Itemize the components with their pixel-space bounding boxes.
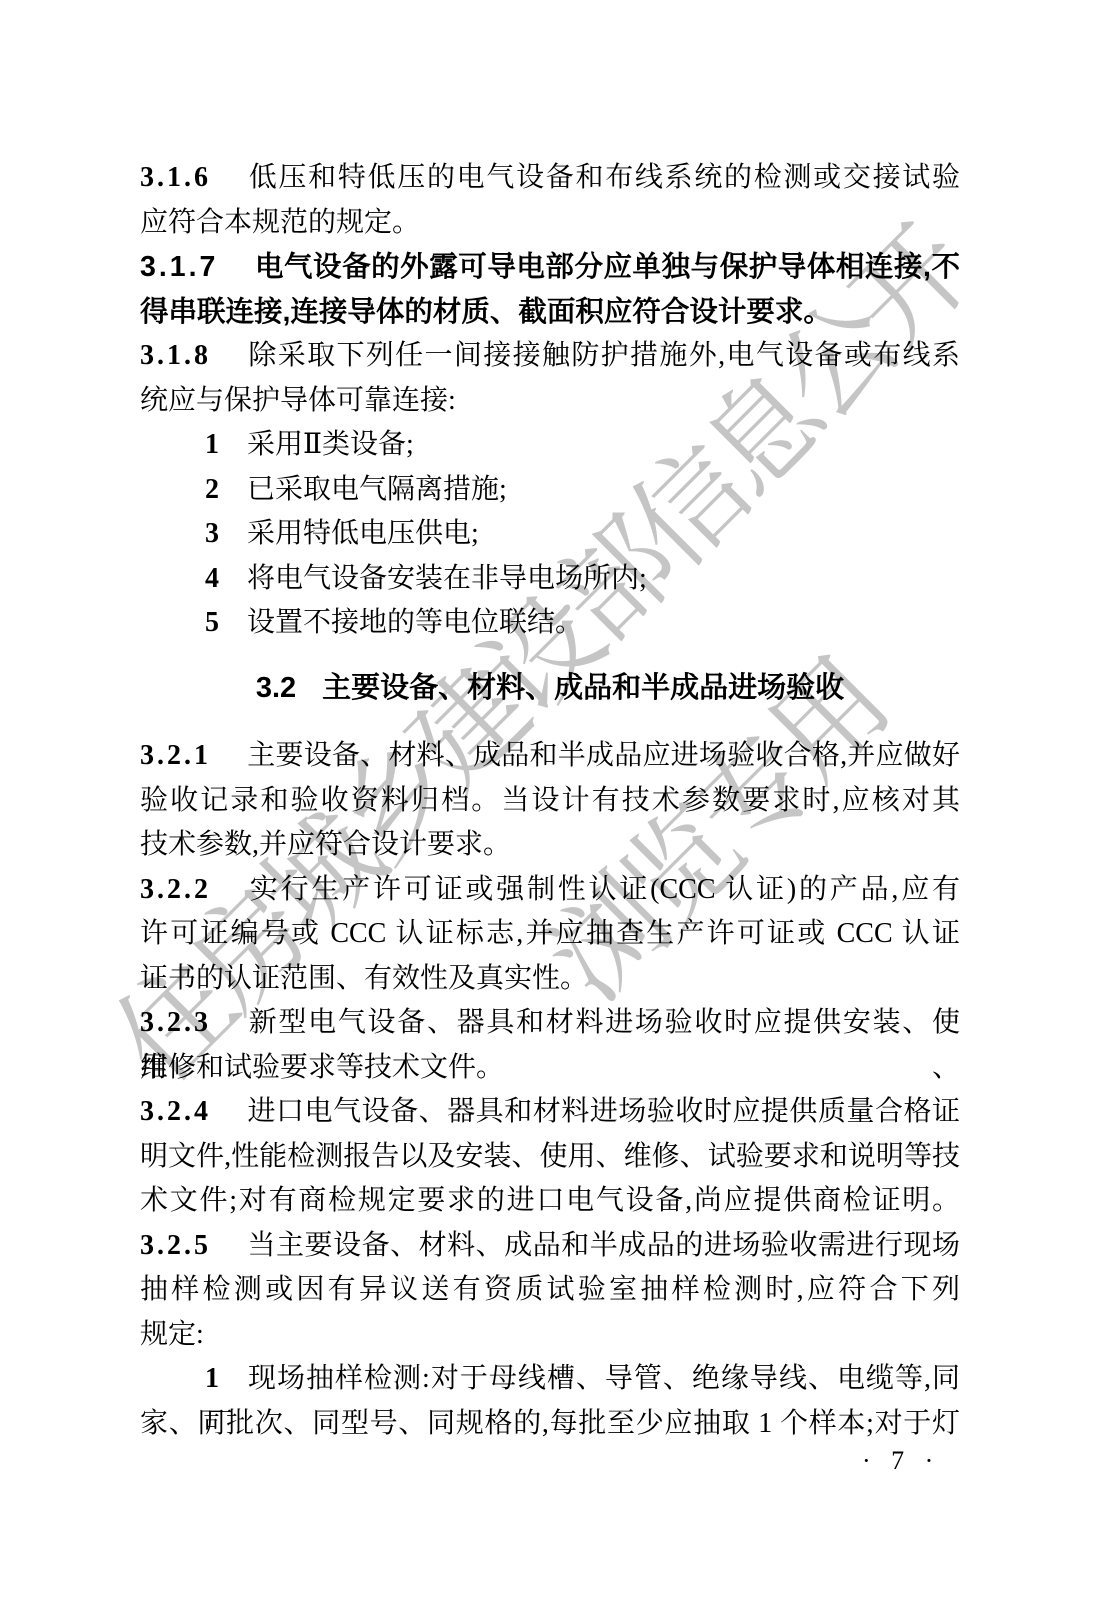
item-number: 1 — [205, 1363, 219, 1394]
line-text: 技术参数,并应符合设计要求。 — [140, 829, 511, 860]
line-text: 电气设备的外露可导电部分应单独与保护导体相连接,不 — [254, 251, 960, 283]
clause-number: 3.1.8 — [140, 340, 211, 371]
line-text: 许可证编号或 CCC 认证标志,并应抽查生产许可证或 CCC 认证 — [140, 918, 960, 949]
line-text: 抽样检测或因有异议送有资质试验室抽样检测时,应符合下列 — [140, 1274, 960, 1305]
line-text: 设置不接地的等电位联结。 — [247, 607, 583, 638]
clause-number: 3.2.1 — [140, 740, 211, 771]
clause-line: 3.2.5当主要设备、材料、成品和半成品的进场验收需进行现场 — [140, 1224, 960, 1269]
page-number: · 7 · — [862, 1446, 940, 1476]
clause-line: 3.2.1主要设备、材料、成品和半成品应进场验收合格,并应做好 — [140, 734, 960, 779]
clause-number: 3.2.5 — [140, 1230, 211, 1261]
clause-line: 得串联连接,连接导体的材质、截面积应符合设计要求。 — [140, 290, 960, 335]
section-heading: 3.2主要设备、材料、成品和半成品进场验收 — [140, 666, 960, 711]
line-text: 统应与保护导体可靠连接: — [140, 385, 456, 416]
item-line: 1采用Ⅱ类设备; — [140, 423, 960, 468]
line-text: 维修和试验要求等技术文件。 — [140, 1052, 504, 1083]
line-text: 应符合本规范的规定。 — [140, 207, 420, 238]
clause-line: 证书的认证范围、有效性及真实性。 — [140, 957, 960, 1002]
clause-number: 3.2.3 — [140, 1007, 211, 1038]
line-text: 实行生产许可证或强制性认证(CCC 认证)的产品,应有 — [247, 874, 960, 905]
item-line: 2已采取电气隔离措施; — [140, 468, 960, 513]
line-text: 进口电气设备、器具和材料进场验收时应提供质量合格证 — [247, 1096, 960, 1127]
line-text: 验收记录和验收资料归档。当设计有技术参数要求时,应核对其 — [140, 785, 960, 816]
clause-line: 3.2.4进口电气设备、器具和材料进场验收时应提供质量合格证 — [140, 1090, 960, 1135]
section-title: 主要设备、材料、成品和半成品进场验收 — [322, 672, 844, 704]
line-text: 除采取下列任一间接接触防护措施外,电气设备或布线系 — [247, 340, 960, 371]
clause-number: 3.2.2 — [140, 874, 211, 905]
line-text: 已采取电气隔离措施; — [247, 474, 507, 505]
line-text: 证书的认证范围、有效性及真实性。 — [140, 963, 588, 994]
line-text: 采用特低电压供电; — [247, 518, 479, 549]
item-number: 5 — [205, 607, 219, 638]
clause-number: 3.1.6 — [140, 162, 211, 193]
item-line: 3采用特低电压供电; — [140, 512, 960, 557]
clause-line: 明文件,性能检测报告以及安装、使用、维修、试验要求和说明等技 — [140, 1135, 960, 1180]
line-text: 将电气设备安装在非导电场所内; — [247, 563, 647, 594]
line-text: 规定: — [140, 1319, 204, 1350]
line-text: 得串联连接,连接导体的材质、截面积应符合设计要求。 — [140, 296, 832, 328]
section-number: 3.2 — [256, 672, 296, 704]
clause-line: 验收记录和验收资料归档。当设计有技术参数要求时,应核对其 — [140, 779, 960, 824]
line-text: 低压和特低压的电气设备和布线系统的检测或交接试验 — [247, 162, 960, 193]
clause-line: 3.2.3新型电气设备、器具和材料进场验收时应提供安装、使用、 — [140, 1001, 960, 1046]
item-number: 2 — [205, 474, 219, 505]
document-body: 3.1.6低压和特低压的电气设备和布线系统的检测或交接试验应符合本规范的规定。3… — [140, 156, 960, 1446]
clause-line: 术文件;对有商检规定要求的进口电气设备,尚应提供商检证明。 — [140, 1179, 960, 1224]
clause-line: 规定: — [140, 1313, 960, 1358]
clause-line: 抽样检测或因有异议送有资质试验室抽样检测时,应符合下列 — [140, 1268, 960, 1313]
clause-line: 统应与保护导体可靠连接: — [140, 379, 960, 424]
clause-line: 许可证编号或 CCC 认证标志,并应抽查生产许可证或 CCC 认证 — [140, 912, 960, 957]
item-number: 4 — [205, 563, 219, 594]
item-number: 1 — [205, 429, 219, 460]
clause-line: 技术参数,并应符合设计要求。 — [140, 823, 960, 868]
line-text: 主要设备、材料、成品和半成品应进场验收合格,并应做好 — [247, 740, 960, 771]
clause-line: 3.1.6低压和特低压的电气设备和布线系统的检测或交接试验 — [140, 156, 960, 201]
clause-line: 应符合本规范的规定。 — [140, 201, 960, 246]
line-text: 当主要设备、材料、成品和半成品的进场验收需进行现场 — [247, 1230, 960, 1261]
item-number: 3 — [205, 518, 219, 549]
line-text: 术文件;对有商检规定要求的进口电气设备,尚应提供商检证明。 — [140, 1185, 960, 1216]
clause-line: 3.2.2实行生产许可证或强制性认证(CCC 认证)的产品,应有 — [140, 868, 960, 913]
clause-number: 3.1.7 — [140, 251, 218, 283]
item-line: 1现场抽样检测:对于母线槽、导管、绝缘导线、电缆等,同厂 — [140, 1357, 960, 1402]
line-text: 采用Ⅱ类设备; — [247, 429, 414, 460]
clause-line: 3.1.7电气设备的外露可导电部分应单独与保护导体相连接,不 — [140, 245, 960, 290]
clause-number: 3.2.4 — [140, 1096, 211, 1127]
line-text: 家、同批次、同型号、同规格的,每批至少应抽取 1 个样本;对于灯 — [140, 1408, 960, 1439]
item-line: 5设置不接地的等电位联结。 — [140, 601, 960, 646]
line-text: 明文件,性能检测报告以及安装、使用、维修、试验要求和说明等技 — [140, 1141, 960, 1172]
item-line: 家、同批次、同型号、同规格的,每批至少应抽取 1 个样本;对于灯 — [140, 1402, 960, 1447]
clause-line: 3.1.8除采取下列任一间接接触防护措施外,电气设备或布线系 — [140, 334, 960, 379]
item-line: 4将电气设备安装在非导电场所内; — [140, 557, 960, 602]
